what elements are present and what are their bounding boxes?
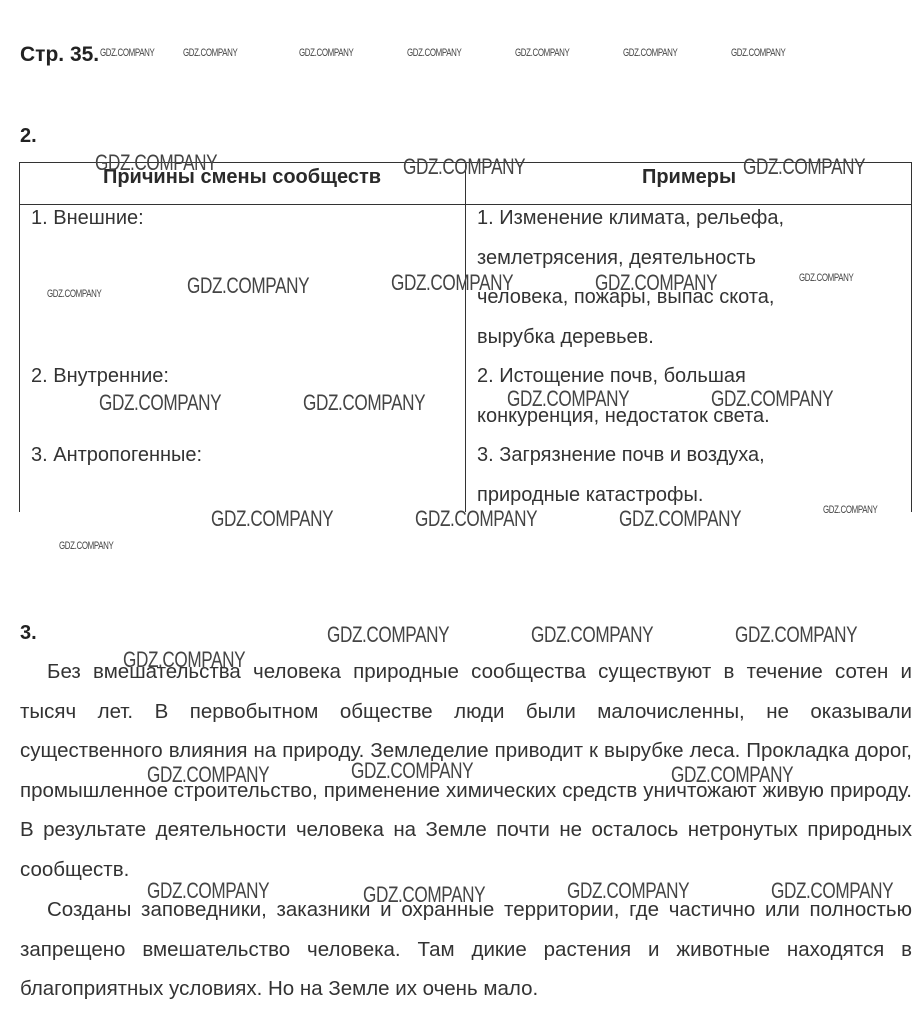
watermark-text: GDZ.COMPANY (100, 47, 154, 59)
table-border-left (19, 162, 20, 512)
table-cause-cell: 1. Внешние: (31, 206, 144, 230)
watermark-text: GDZ.COMPANY (407, 47, 461, 59)
watermark-text: GDZ.COMPANY (735, 622, 857, 648)
table-example-line: землетрясения, деятельность (477, 246, 756, 270)
watermark-text: GDZ.COMPANY (99, 390, 221, 416)
watermark-text: GDZ.COMPANY (671, 762, 793, 788)
table-column-divider (465, 162, 466, 512)
watermark-text: GDZ.COMPANY (363, 882, 485, 908)
table-example-line: 2. Истощение почв, большая (477, 364, 746, 388)
watermark-text: GDZ.COMPANY (147, 762, 269, 788)
watermark-text: GDZ.COMPANY (47, 288, 101, 300)
watermark-text: GDZ.COMPANY (95, 150, 217, 176)
table-cause-cell: 2. Внутренние: (31, 364, 169, 388)
watermark-text: GDZ.COMPANY (823, 504, 877, 516)
watermark-text: GDZ.COMPANY (531, 622, 653, 648)
watermark-text: GDZ.COMPANY (327, 622, 449, 648)
watermark-text: GDZ.COMPANY (391, 270, 513, 296)
table-example-line: 1. Изменение климата, рельефа, (477, 206, 784, 230)
watermark-text: GDZ.COMPANY (415, 506, 537, 532)
watermark-text: GDZ.COMPANY (123, 647, 245, 673)
watermark-text: GDZ.COMPANY (711, 386, 833, 412)
table-example-line: вырубка деревьев. (477, 325, 654, 349)
watermark-text: GDZ.COMPANY (187, 273, 309, 299)
watermark-text: GDZ.COMPANY (743, 154, 865, 180)
watermark-text: GDZ.COMPANY (567, 878, 689, 904)
watermark-text: GDZ.COMPANY (147, 878, 269, 904)
watermark-text: GDZ.COMPANY (731, 47, 785, 59)
page-number-label: Стр. 35. (20, 43, 99, 67)
watermark-text: GDZ.COMPANY (515, 47, 569, 59)
watermark-text: GDZ.COMPANY (623, 47, 677, 59)
watermark-text: GDZ.COMPANY (299, 47, 353, 59)
causes-table: Причины смены сообществ Примеры 1. Внешн… (19, 162, 912, 512)
watermark-text: GDZ.COMPANY (771, 878, 893, 904)
watermark-text: GDZ.COMPANY (303, 390, 425, 416)
table-border-right (911, 162, 912, 512)
table-header-causes: Причины смены сообществ (19, 166, 465, 189)
table-example-line: природные катастрофы. (477, 483, 703, 507)
watermark-text: GDZ.COMPANY (619, 506, 741, 532)
task-3-number: 3. (20, 622, 37, 645)
table-example-line: 3. Загрязнение почв и воздуха, (477, 443, 765, 467)
watermark-text: GDZ.COMPANY (59, 540, 113, 552)
watermark-text: GDZ.COMPANY (183, 47, 237, 59)
watermark-text: GDZ.COMPANY (403, 154, 525, 180)
table-cause-cell: 3. Антропогенные: (31, 443, 202, 467)
watermark-text: GDZ.COMPANY (595, 270, 717, 296)
watermark-text: GDZ.COMPANY (211, 506, 333, 532)
watermark-text: GDZ.COMPANY (351, 758, 473, 784)
watermark-text: GDZ.COMPANY (507, 386, 629, 412)
task-2-number: 2. (20, 125, 37, 148)
watermark-text: GDZ.COMPANY (799, 272, 853, 284)
